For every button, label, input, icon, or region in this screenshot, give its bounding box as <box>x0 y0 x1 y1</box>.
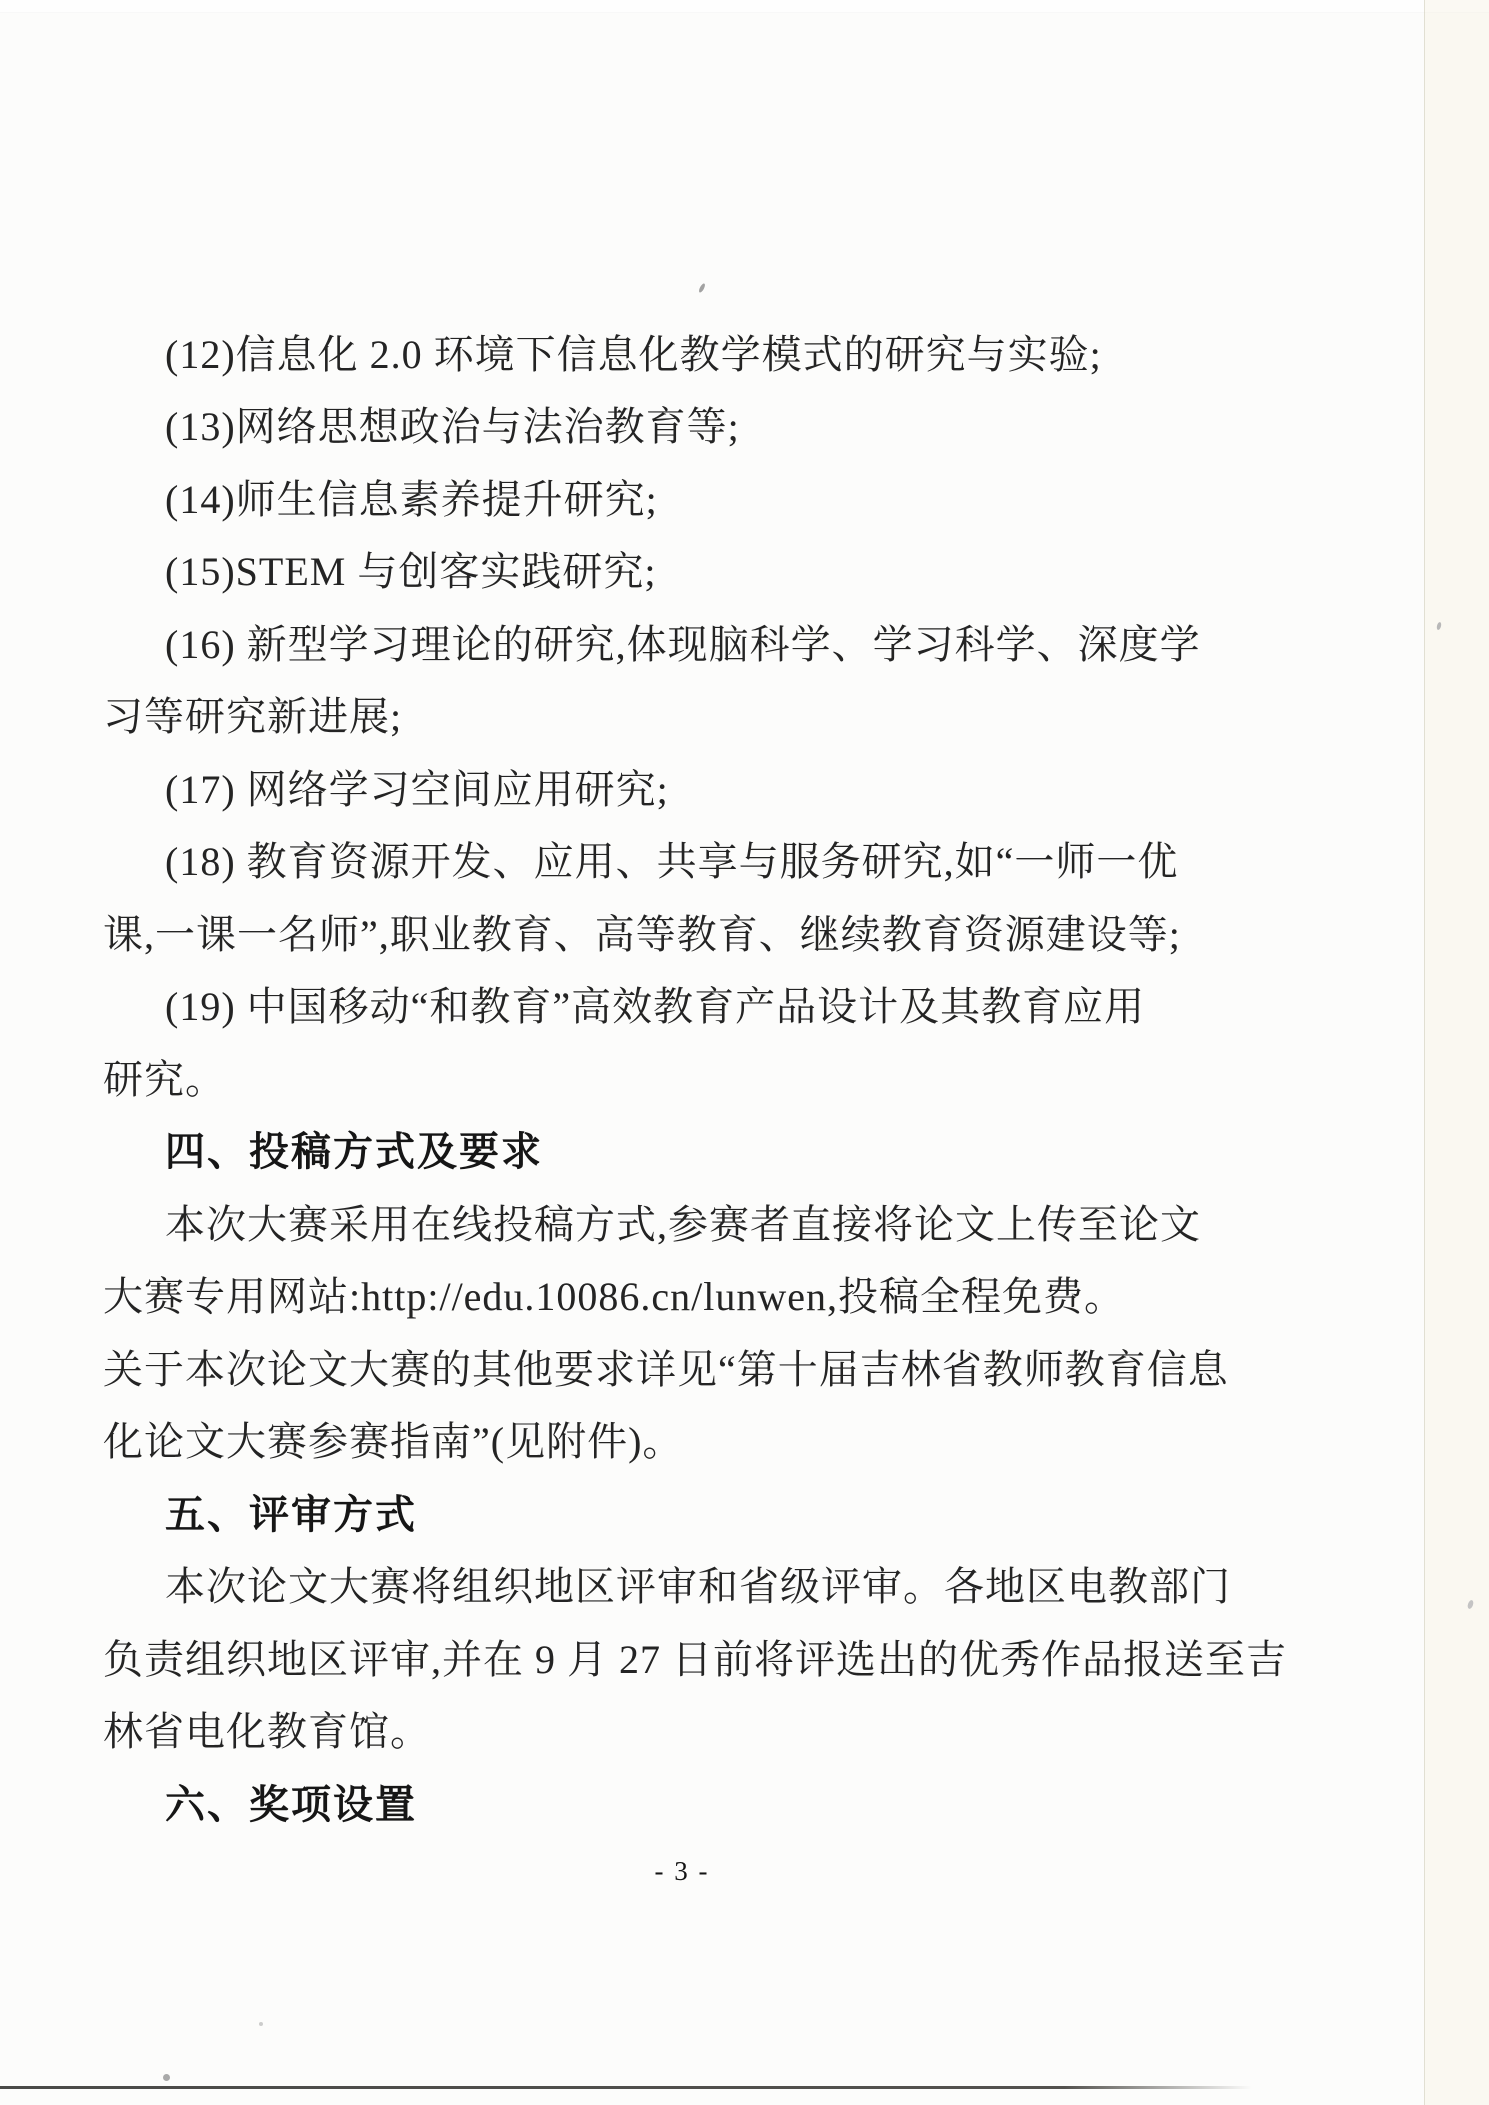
page-number: - 3 - <box>0 1856 1364 1887</box>
document-body: (12)信息化 2.0 环境下信息化教学模式的研究与实验; (13)网络思想政治… <box>103 315 1403 1838</box>
paragraph-submission-line-3: 关于本次论文大赛的其他要求详见“第十届吉林省教师教育信息 <box>103 1330 1403 1403</box>
list-item-17: (17) 网络学习空间应用研究; <box>103 750 1403 823</box>
scan-speck <box>259 2022 263 2026</box>
section-heading-submission: 四、投稿方式及要求 <box>103 1113 1403 1186</box>
scan-top-edge <box>0 0 1489 13</box>
list-item-13: (13)网络思想政治与法治教育等; <box>103 388 1403 461</box>
paragraph-submission-line-4: 化论文大赛参赛指南”(见附件)。 <box>103 1403 1403 1476</box>
list-item-16-cont: 习等研究新进展; <box>103 678 1403 751</box>
paragraph-submission-line-2: 大赛专用网站:http://edu.10086.cn/lunwen,投稿全程免费… <box>103 1258 1403 1331</box>
paragraph-review-line-1: 本次论文大赛将组织地区评审和省级评审。各地区电教部门 <box>103 1548 1403 1621</box>
section-heading-awards: 六、奖项设置 <box>103 1765 1403 1838</box>
scan-bottom-edge-line <box>0 2086 1252 2089</box>
page-right-edge <box>1424 0 1489 2105</box>
paragraph-review-line-2: 负责组织地区评审,并在 9 月 27 日前将评选出的优秀作品报送至吉 <box>103 1620 1403 1693</box>
paragraph-submission-line-1: 本次大赛采用在线投稿方式,参赛者直接将论文上传至论文 <box>103 1185 1403 1258</box>
section-heading-review: 五、评审方式 <box>103 1475 1403 1548</box>
list-item-14: (14)师生信息素养提升研究; <box>103 460 1403 533</box>
paragraph-review-line-3: 林省电化教育馆。 <box>103 1693 1403 1766</box>
scan-speck <box>698 283 706 294</box>
list-item-12: (12)信息化 2.0 环境下信息化教学模式的研究与实验; <box>103 315 1403 388</box>
list-item-16: (16) 新型学习理论的研究,体现脑科学、学习科学、深度学 <box>103 605 1403 678</box>
scan-speck <box>163 2074 170 2081</box>
list-item-15: (15)STEM 与创客实践研究; <box>103 533 1403 606</box>
list-item-19: (19) 中国移动“和教育”高效教育产品设计及其教育应用 <box>103 968 1403 1041</box>
list-item-19-cont: 研究。 <box>103 1040 1403 1113</box>
list-item-18-cont: 课,一课一名师”,职业教育、高等教育、继续教育资源建设等; <box>103 895 1403 968</box>
list-item-18: (18) 教育资源开发、应用、共享与服务研究,如“一师一优 <box>103 823 1403 896</box>
